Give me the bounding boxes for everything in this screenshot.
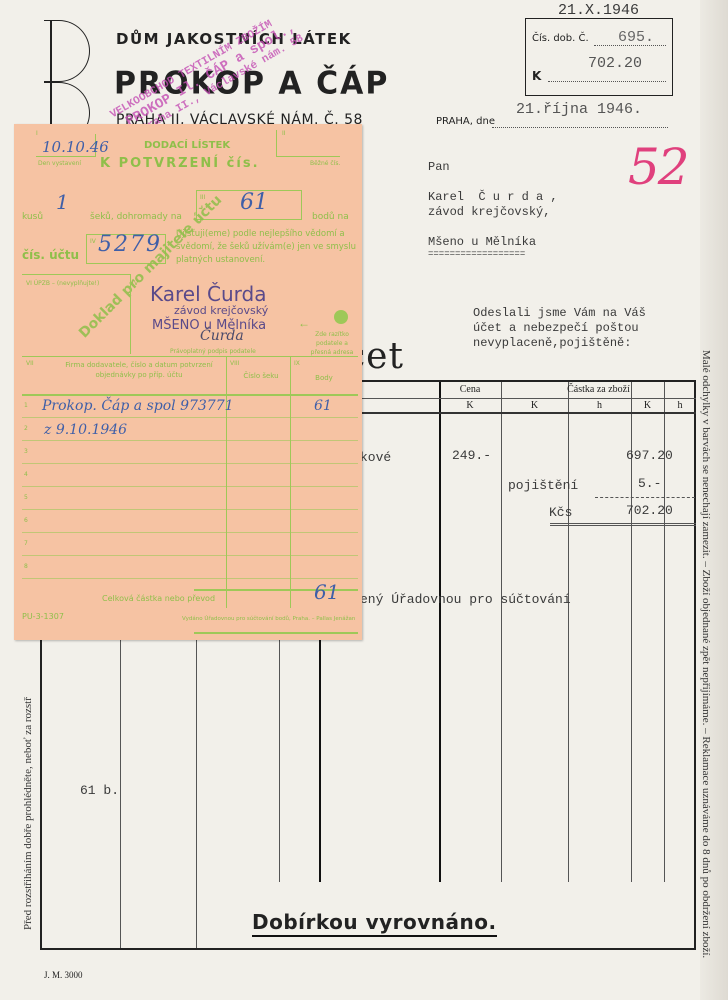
stamp-dot-icon	[334, 310, 348, 324]
col-firm: Firma dodavatele, číslo a datum potvrzen…	[54, 360, 224, 380]
table-note: ený Úřadovnou pro súčtování	[360, 592, 571, 607]
row-price: 249.-	[452, 448, 491, 463]
slip-entry-points: 61	[314, 398, 332, 414]
form-code: J. M. 3000	[44, 970, 83, 980]
row-amount: 697.20	[626, 448, 673, 463]
slip-title: K POTVRZENÍ čís.	[100, 156, 260, 171]
cis-dob-label: Čís. dob. Č.	[532, 33, 589, 44]
date-issued: 10.10.46	[42, 138, 109, 156]
declaration-text: Ujišťuji(eme) podle nejlepšího vědomí a …	[176, 228, 356, 267]
slip-title-small: DODACÍ LÍSTEK	[144, 140, 230, 151]
delivery-slip: I 10.10.46 Den vystavení DODACÍ LÍSTEK K…	[14, 124, 362, 640]
place-date-value: 21.října 1946.	[516, 101, 642, 118]
row-desc: kové	[360, 450, 391, 465]
insurance-amount: 5.-	[638, 476, 661, 491]
arrow-left-icon: ←	[298, 316, 310, 331]
shipping-note: Odeslali jsme Vám na Váš účet a nebezpeč…	[473, 306, 646, 351]
place-date-label: PRAHA, dne	[436, 116, 495, 127]
cutting-side-note: Před rozstřiháním dobře prohlédněte, neb…	[22, 620, 34, 930]
cis-dob-value: 695.	[618, 29, 654, 46]
slip-form-code: PU-3-1307	[22, 612, 64, 621]
col-check: Číslo šeku	[232, 372, 290, 380]
total-label: Celková částka nebo převod	[102, 594, 215, 603]
red-marker-number: 52	[628, 138, 688, 196]
pieces-count: 1	[56, 190, 69, 214]
date-stamp-top: 21.X.1946	[558, 2, 639, 19]
paid-by-cod-statement: Dobírkou vyrovnáno.	[252, 910, 497, 937]
slip-entry-firm: Prokop. Čáp a spol 973771	[42, 398, 234, 414]
col-cena: Cena	[439, 384, 501, 395]
col-points: Body	[292, 374, 356, 382]
invoice-number-box: Čís. dob. Č. 695. K 702.20	[525, 18, 673, 96]
slip-total-value: 61	[314, 580, 339, 604]
recipient-block: Pan Karel Č u r d a , závod krejčovský, …	[428, 160, 558, 258]
insurance-label: pojištění	[508, 478, 578, 493]
k-label: K	[532, 69, 541, 83]
total-label: Kčs	[549, 505, 572, 520]
slip-publisher: Vydáno Úřadovnou pro súčtování bodů, Pra…	[182, 616, 355, 622]
k-value: 702.20	[588, 55, 642, 72]
terms-side-note: Malé odchylky v barvách se nenechají zam…	[700, 350, 712, 958]
col-castka: Částka za zboží	[501, 384, 696, 395]
points-total: 61 b.	[80, 783, 119, 798]
sender-stamp-name: Karel Čurda	[150, 282, 266, 306]
total-amount: 702.20	[626, 503, 673, 518]
sender-signature: Čurda	[200, 328, 244, 344]
points-field: 61	[240, 190, 268, 215]
